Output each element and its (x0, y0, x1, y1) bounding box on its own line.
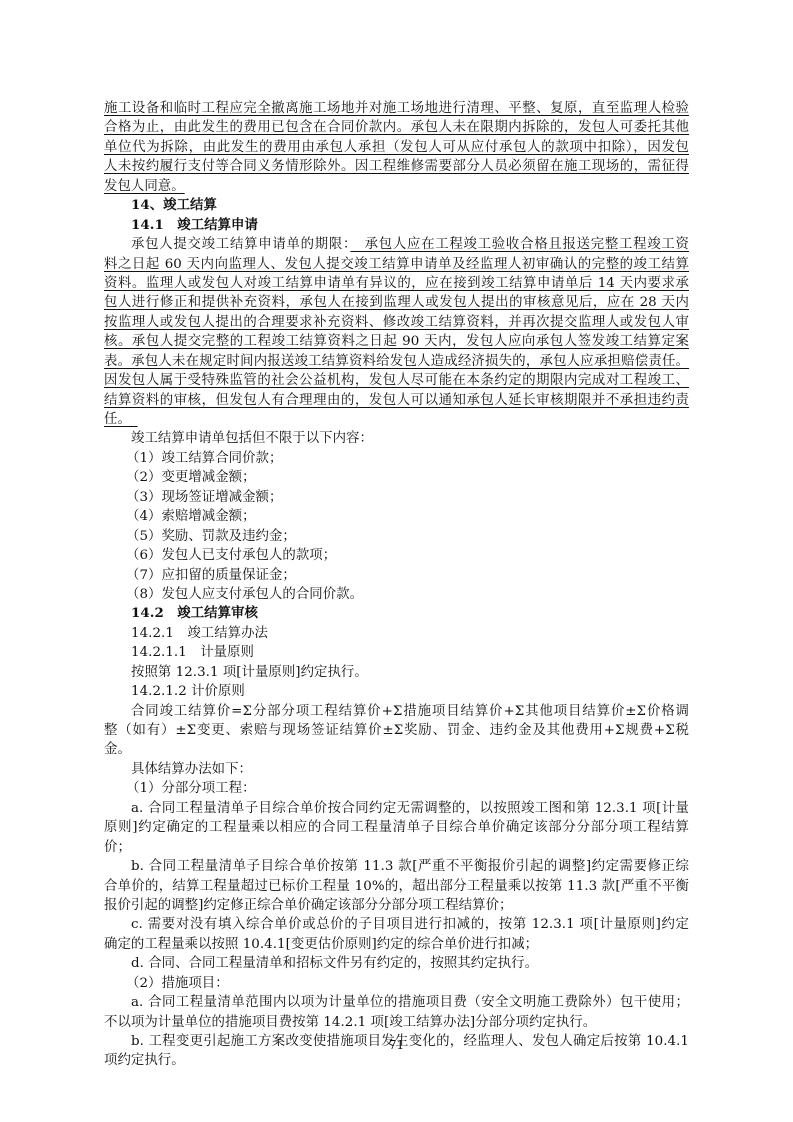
text-line: 人未按约履行支付等合同义务情形除外。因工程维修需要部分人员必须留在施工现场的，需… (104, 157, 689, 176)
text-line: （1）竣工结算合同价款； (104, 449, 689, 468)
text-line: 发包人同意。 (104, 177, 689, 196)
text-line: 结算资料的审核，但发包人有合理理由的，发包人可以通知承包人延长审核期限并不承担违… (104, 391, 689, 410)
text-line: 施工设备和临时工程应完全撤离施工场地并对施工场地进行清理、平整、复原，直至监理人… (104, 99, 689, 118)
text-line: 确定的工程量乘以按照 10.4.1[变更估价原则]约定的综合单价进行扣减； (104, 935, 689, 954)
text-line: 14.2.1 竣工结算办法 (104, 624, 689, 643)
text-line: 整（如有）±Σ变更、索赔与现场签证结算价±Σ奖励、罚金、违约金及其他费用+Σ规费… (104, 721, 689, 740)
text-line: 按照第 12.3.1 项[计量原则]约定执行。 (104, 663, 689, 682)
text-line: （5）奖励、罚款及违约金； (104, 527, 689, 546)
text-line: （1）分部分项工程： (104, 779, 689, 798)
text-line: 任。 (104, 410, 689, 429)
text-line: b. 合同工程量清单子目综合单价按第 11.3 款[严重不平衡报价引起的调整]约… (104, 857, 689, 876)
document-page-body: 施工设备和临时工程应完全撤离施工场地并对施工场地进行清理、平整、复原，直至监理人… (104, 99, 689, 1071)
text-line: 不以项为计量单位的措施项目费按第 14.2.1 项[竣工结算办法]分部分项约定执… (104, 1013, 689, 1032)
text-line: 价； (104, 838, 689, 857)
text-line: 合单价的，结算工程量超过已标价工程量 10%的，超出部分工程量乘以按第 11.3… (104, 877, 689, 896)
text-line: 因发包人属于受特殊监管的社会公益机构，发包人尽可能在本条约定的期限内完成对工程竣… (104, 371, 689, 390)
text-line: 项约定执行。 (104, 1051, 689, 1070)
text-line: （3）现场签证增减金额； (104, 488, 689, 507)
text-line: （2）措施项目： (104, 974, 689, 993)
text-line: （8）发包人应支付承包人的合同价款。 (104, 585, 689, 604)
text-line: （7）应扣留的质量保证金； (104, 566, 689, 585)
text-line: 单位代为拆除，由此发生的费用由承包人承担（发包人可从应付承包人的款项中扣除），因… (104, 138, 689, 157)
text-line: d. 合同、合同工程量清单和招标文件另有约定的，按照其约定执行。 (104, 954, 689, 973)
text-line: 14.2 竣工结算审核 (104, 604, 689, 623)
text-line: 合同竣工结算价=Σ分部分项工程结算价+Σ措施项目结算价+Σ其他项目结算价±Σ价格… (104, 702, 689, 721)
text-line: （2）变更增减金额； (104, 468, 689, 487)
text-line: 报价引起的调整]约定修正综合单价确定该部分分部分项工程结算价； (104, 896, 689, 915)
text-line-underlined: 承包人应在工程竣工验收合格且报送完整工程竣工资 (350, 237, 689, 252)
text-line: 原则]约定确定的工程量乘以相应的合同工程量清单子目综合单价确定该部分分部分项工程… (104, 818, 689, 837)
text-line: 承包人提交竣工结算申请单的期限： 承包人应在工程竣工验收合格且报送完整工程竣工资 (104, 235, 689, 254)
text-line: 14.2.1.1 计量原则 (104, 643, 689, 662)
text-line: 14.2.1.2 计价原则 (104, 682, 689, 701)
text-line-prefix: 承包人提交竣工结算申请单的期限： (131, 237, 350, 252)
text-line: 包人进行修正和提供补充资料，承包人在接到监理人或发包人提出的审核意见后，应在 2… (104, 293, 689, 312)
text-line: （6）发包人已支付承包人的款项； (104, 546, 689, 565)
text-line: 料之日起 60 天内向监理人、发包人提交竣工结算申请单及经监理人初审确认的完整的… (104, 255, 689, 274)
text-line: a. 合同工程量清单子目综合单价按合同约定无需调整的，以按照竣工图和第 12.3… (104, 799, 689, 818)
text-line: （4）索赔增减金额； (104, 507, 689, 526)
text-line: 具体结算办法如下： (104, 760, 689, 779)
text-line: 按监理人或发包人提出的合理要求补充资料、修改竣工结算资料，并再次提交监理人或发包… (104, 313, 689, 332)
text-line: 合格为止，由此发生的费用已包含在合同价款内。承包人未在限期内拆除的，发包人可委托… (104, 118, 689, 137)
text-line: a. 合同工程量清单范围内以项为计量单位的措施项目费（安全文明施工费除外）包干使… (104, 993, 689, 1012)
text-line: c. 需要对没有填入综合单价或总价的子目项目进行扣减的，按第 12.3.1 项[… (104, 915, 689, 934)
text-line: 核。承包人提交完整的工程竣工结算资料之日起 90 天内，发包人应向承包人签发竣工… (104, 332, 689, 351)
text-line: 表。承包人未在规定时间内报送竣工结算资料给发包人造成经济损失的，承包人应承担赔偿… (104, 352, 689, 371)
text-line: 竣工结算申请单包括但不限于以下内容： (104, 429, 689, 448)
text-line: 金。 (104, 740, 689, 759)
text-line: 资料。监理人或发包人对竣工结算申请单有异议的，应在接到竣工结算申请单后 14 天… (104, 274, 689, 293)
page-number: 71 (0, 1038, 793, 1052)
text-line: 14.1 竣工结算申请 (104, 216, 689, 235)
text-line: 14、竣工结算 (104, 196, 689, 215)
